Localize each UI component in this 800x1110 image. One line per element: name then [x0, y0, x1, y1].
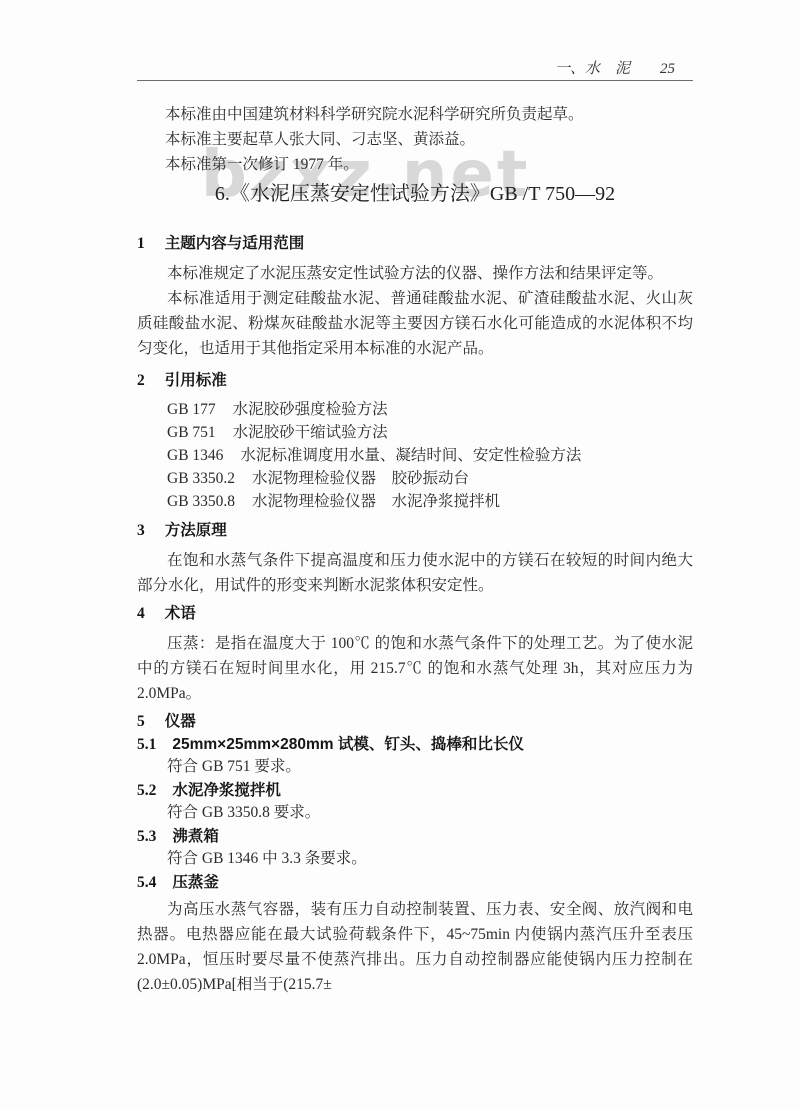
section-heading-5: 5 仪器 — [137, 711, 693, 732]
reference-item: GB 3350.2 水泥物理检验仪器 胶砂振动台 — [137, 467, 693, 490]
section-number: 1 — [137, 233, 145, 254]
reference-title: 水泥物理检验仪器 水泥净浆搅拌机 — [252, 490, 500, 513]
clause-title: 压蒸釜 — [172, 872, 219, 894]
section-number: 3 — [137, 520, 145, 541]
section-heading-2: 2 引用标准 — [137, 370, 693, 391]
front-matter-line: 本标准第一次修订 1977 年。 — [137, 152, 693, 177]
section-heading-text: 仪器 — [165, 711, 196, 732]
reference-code: GB 177 — [167, 398, 216, 421]
clause-heading-5-1: 5.1 25mm×25mm×280mm 试模、钉头、捣棒和比长仪 — [137, 734, 693, 756]
section-number: 4 — [137, 603, 145, 624]
front-matter-line: 本标准由中国建筑材料科学研究院水泥科学研究所负责起草。 — [137, 102, 693, 127]
reference-title: 水泥胶砂干缩试验方法 — [233, 421, 388, 444]
clause-heading-5-4: 5.4 压蒸釜 — [137, 872, 693, 894]
section-heading-4: 4 术语 — [137, 603, 693, 624]
section-heading-text: 主题内容与适用范围 — [165, 233, 305, 254]
page-number: 25 — [660, 61, 675, 78]
clause-paragraph: 为高压水蒸气容器，装有压力自动控制装置、压力表、安全阀、放汽阀和电热器。电热器应… — [137, 897, 693, 997]
clause-number: 5.2 — [137, 780, 156, 802]
reference-code: GB 3350.2 — [167, 467, 235, 490]
clause-body: 符合 GB 751 要求。 — [137, 756, 693, 778]
reference-code: GB 3350.8 — [167, 490, 235, 513]
reference-item: GB 1346 水泥标准调度用水量、凝结时间、安定性检验方法 — [137, 444, 693, 467]
section-heading-text: 方法原理 — [165, 520, 227, 541]
reference-item: GB 177 水泥胶砂强度检验方法 — [137, 398, 693, 421]
clause-list: 5.1 25mm×25mm×280mm 试模、钉头、捣棒和比长仪 符合 GB 7… — [137, 734, 693, 997]
clause-title: 沸煮箱 — [172, 826, 219, 848]
header-rule — [137, 80, 693, 81]
section-heading-text: 引用标准 — [165, 370, 227, 391]
clause-title: 水泥净浆搅拌机 — [172, 780, 281, 802]
paragraph: 本标准适用于测定硅酸盐水泥、普通硅酸盐水泥、矿渣硅酸盐水泥、火山灰质硅酸盐水泥、… — [137, 286, 693, 361]
section-number: 2 — [137, 370, 145, 391]
section-number: 5 — [137, 711, 145, 732]
clause-number: 5.3 — [137, 826, 156, 848]
paragraph: 压蒸：是指在温度大于 100℃ 的饱和水蒸气条件下的处理工艺。为了使水泥中的方镁… — [137, 631, 693, 706]
section-heading-1: 1 主题内容与适用范围 — [137, 233, 693, 254]
header-section-label: 一、水 泥 — [555, 57, 630, 78]
reference-title: 水泥标准调度用水量、凝结时间、安定性检验方法 — [240, 444, 581, 467]
front-matter: 本标准由中国建筑材料科学研究院水泥科学研究所负责起草。 本标准主要起草人张大同、… — [137, 102, 693, 177]
scanned-document-page: bzxz.net 一、水 泥 25 本标准由中国建筑材料科学研究院水泥科学研究所… — [0, 0, 800, 1110]
running-header: 一、水 泥 25 — [137, 57, 693, 77]
front-matter-line: 本标准主要起草人张大同、刁志坚、黄添益。 — [137, 127, 693, 152]
reference-item: GB 751 水泥胶砂干缩试验方法 — [137, 421, 693, 444]
section-heading-3: 3 方法原理 — [137, 520, 693, 541]
paragraph: 在饱和水蒸气条件下提高温度和压力使水泥中的方镁石在较短的时间内绝大部分水化，用试… — [137, 548, 693, 598]
clause-number: 5.1 — [137, 734, 156, 756]
clause-body: 符合 GB 3350.8 要求。 — [137, 802, 693, 824]
section-heading-text: 术语 — [165, 603, 196, 624]
paragraph: 本标准规定了水泥压蒸安定性试验方法的仪器、操作方法和结果评定等。 — [137, 261, 693, 286]
reference-title: 水泥胶砂强度检验方法 — [233, 398, 388, 421]
clause-heading-5-2: 5.2 水泥净浆搅拌机 — [137, 780, 693, 802]
clause-body: 符合 GB 1346 中 3.3 条要求。 — [137, 848, 693, 870]
clause-heading-5-3: 5.3 沸煮箱 — [137, 826, 693, 848]
reference-item: GB 3350.8 水泥物理检验仪器 水泥净浆搅拌机 — [137, 490, 693, 513]
reference-list: GB 177 水泥胶砂强度检验方法 GB 751 水泥胶砂干缩试验方法 GB 1… — [137, 398, 693, 513]
document-title: 6.《水泥压蒸安定性试验方法》GB /T 750—92 — [137, 179, 693, 209]
page-content: 一、水 泥 25 本标准由中国建筑材料科学研究院水泥科学研究所负责起草。 本标准… — [137, 0, 693, 997]
clause-title: 25mm×25mm×280mm 试模、钉头、捣棒和比长仪 — [172, 734, 523, 756]
reference-code: GB 751 — [167, 421, 216, 444]
reference-title: 水泥物理检验仪器 胶砂振动台 — [252, 467, 469, 490]
clause-number: 5.4 — [137, 872, 156, 894]
reference-code: GB 1346 — [167, 444, 223, 467]
